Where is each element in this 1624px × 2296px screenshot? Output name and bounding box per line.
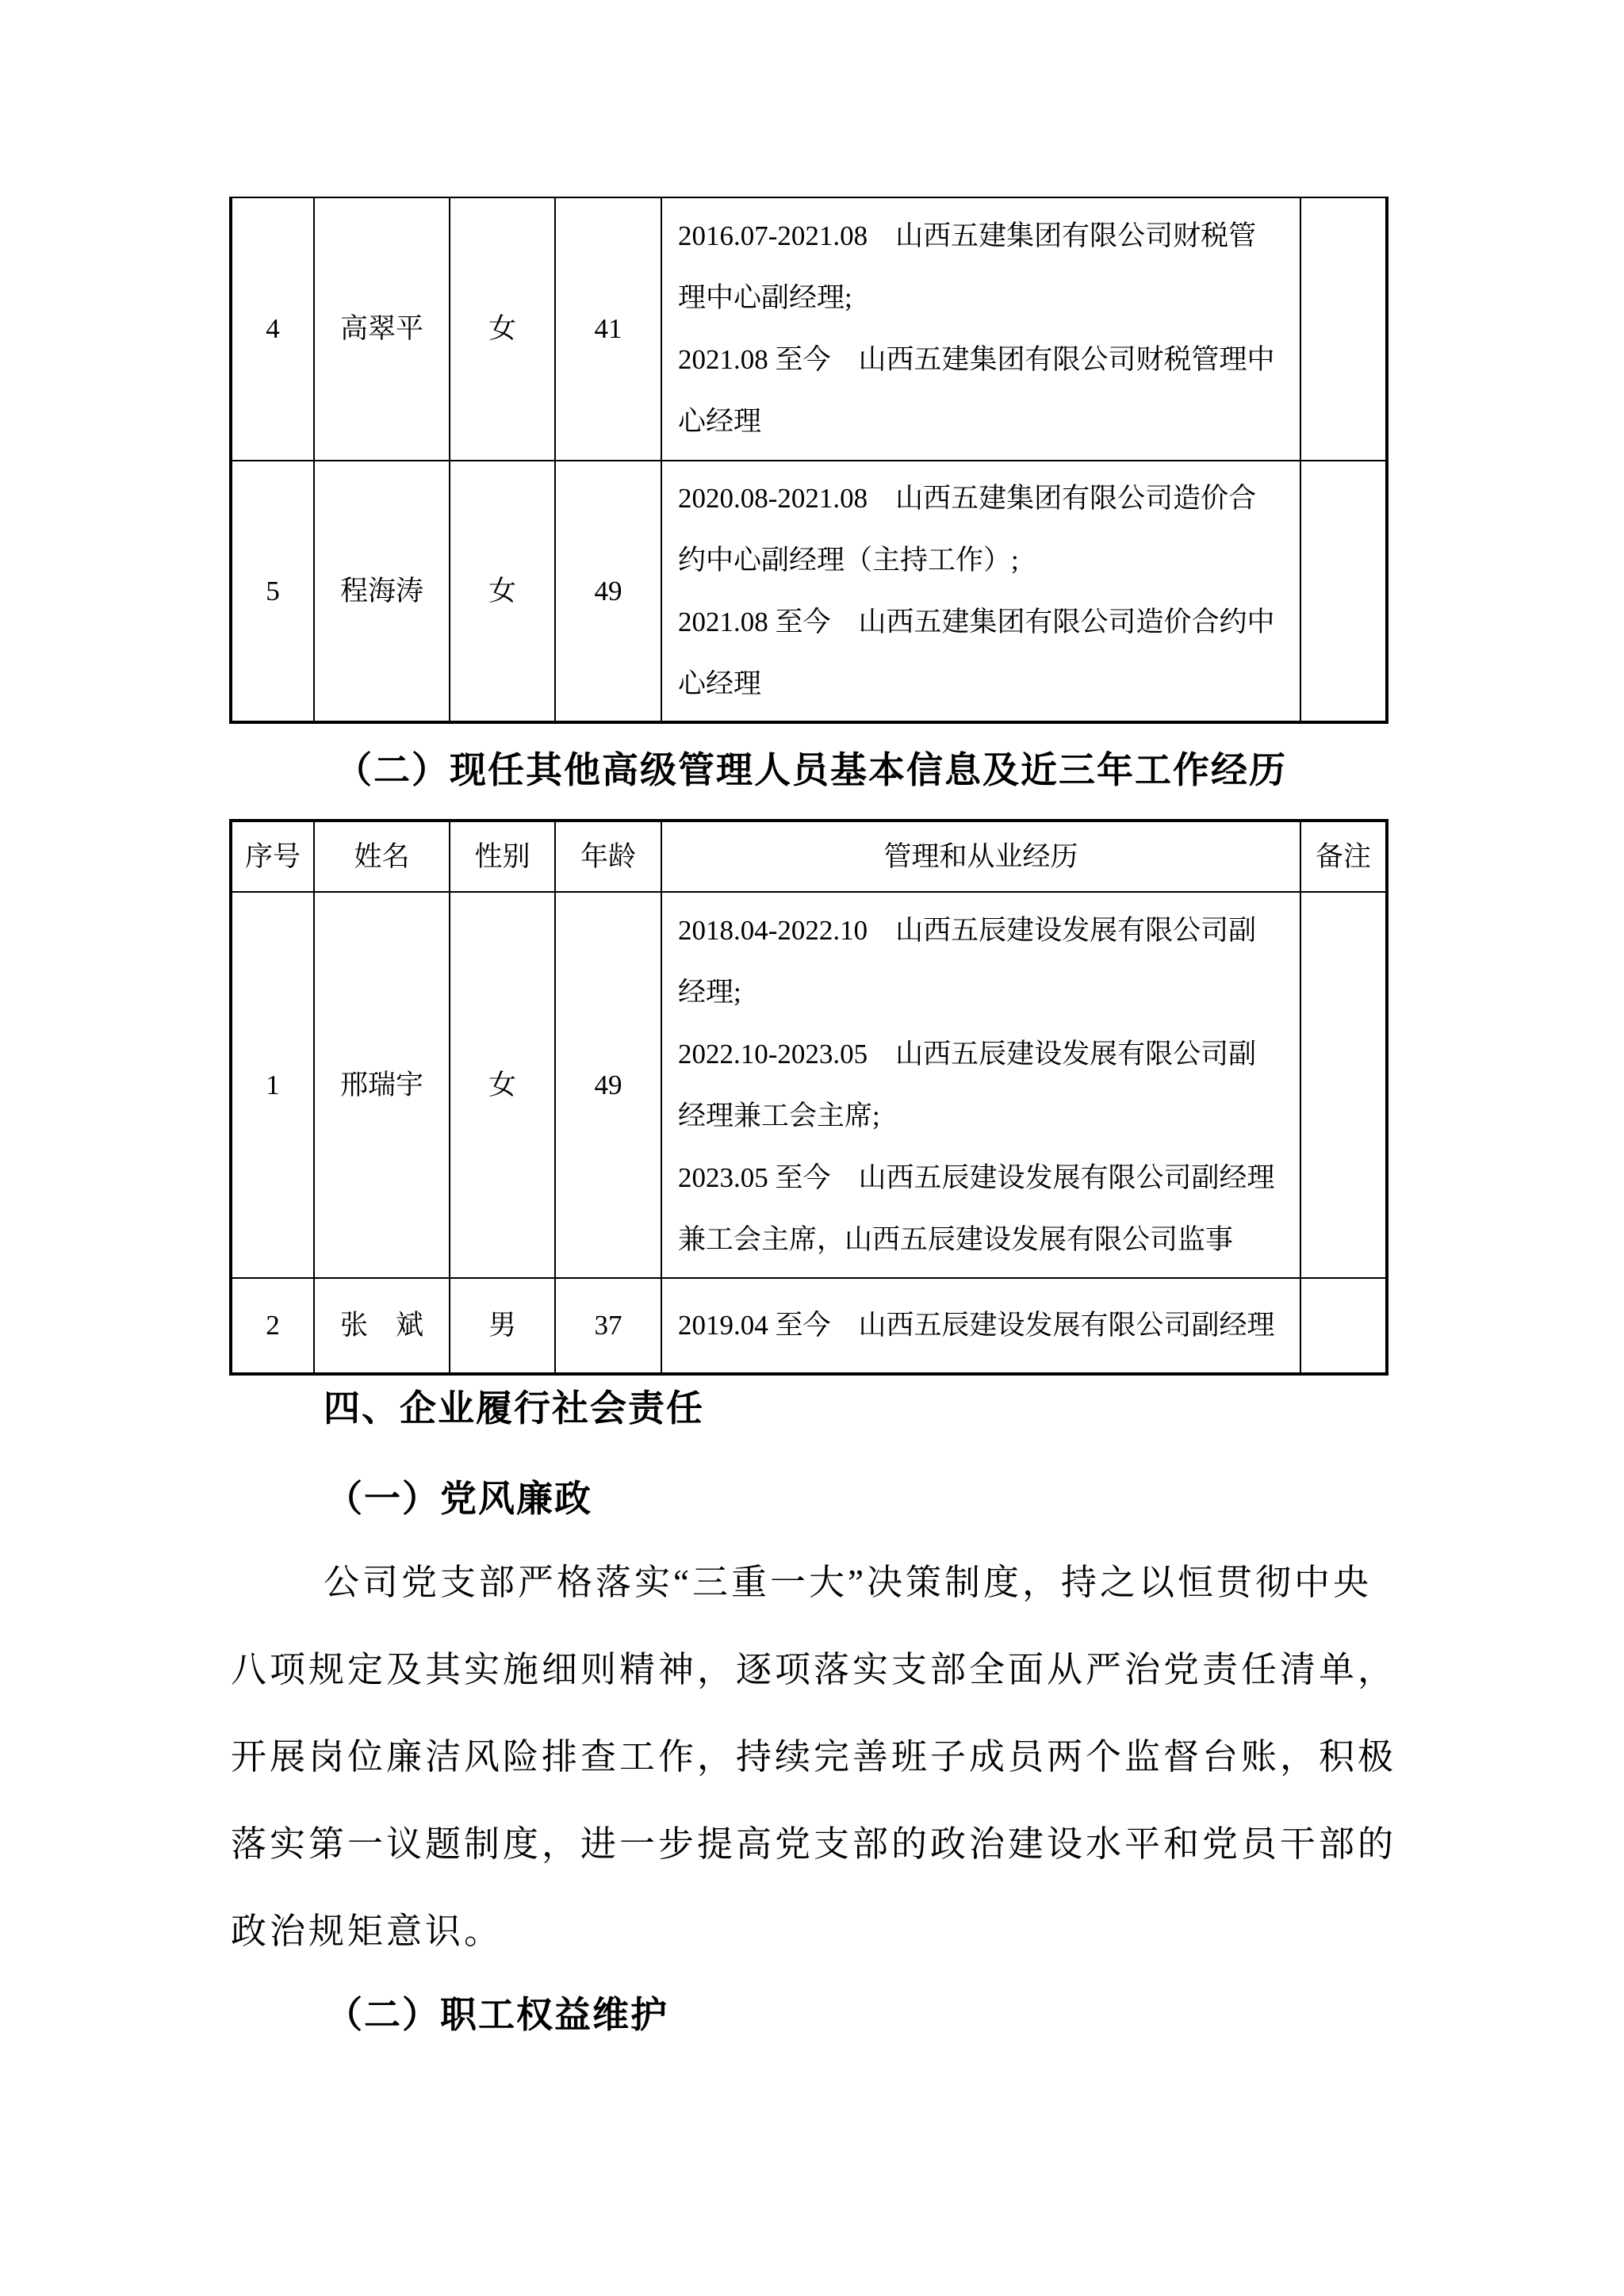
cell-remark [1300,892,1387,1278]
section-heading-social-responsibility: 四、企业履行社会责任 [231,1383,1592,1433]
paragraph-line: 政治规矩意识。 [231,1888,1468,1975]
experience-line: 2019.04 至今 山西五辰建设发展有限公司副经理 [678,1295,1284,1357]
paragraph-line: 八项规定及其实施细则精神，逐项落实支部全面从严治党责任清单， [231,1626,1468,1713]
cell-name: 高翠平 [314,197,450,461]
cell-remark [1300,197,1387,461]
header-gender: 性别 [450,821,555,892]
table-header-row: 序号 姓名 性别 年龄 管理和从业经历 备注 [231,821,1387,892]
experience-line: 经理; [678,962,1284,1024]
table-row: 2 张 斌 男 37 2019.04 至今 山西五辰建设发展有限公司副经理 [231,1278,1387,1374]
subsection-heading-party-conduct: （一）党风廉政 [231,1474,1595,1523]
cell-gender: 女 [450,197,555,461]
experience-line: 心经理 [678,391,1284,453]
cell-age: 37 [555,1278,661,1374]
cell-serial: 1 [231,892,314,1278]
section-heading-senior-managers: （二）现任其他高级管理人员基本信息及近三年工作经历 [231,745,1604,794]
cell-gender: 男 [450,1278,555,1374]
table-senior-managers: 序号 姓名 性别 年龄 管理和从业经历 备注 1 邢瑞宇 女 49 2018.0… [229,819,1388,1376]
paragraph-line: 公司党支部严格落实“三重一大”决策制度，持之以恒贯彻中央 [231,1539,1468,1626]
cell-experience: 2016.07-2021.08 山西五建集团有限公司财税管 理中心副经理; 20… [661,197,1300,461]
header-remark: 备注 [1300,821,1387,892]
experience-line: 2020.08-2021.08 山西五建集团有限公司造价合 [678,468,1284,530]
cell-name: 张 斌 [314,1278,450,1374]
experience-line: 2023.05 至今 山西五辰建设发展有限公司副经理 [678,1147,1284,1209]
cell-name: 程海涛 [314,461,450,722]
header-serial: 序号 [231,821,314,892]
header-experience: 管理和从业经历 [661,821,1300,892]
cell-age: 49 [555,461,661,722]
subsection-heading-employee-rights: （二）职工权益维护 [231,1990,1595,2039]
cell-remark [1300,461,1387,722]
header-age: 年龄 [555,821,661,892]
cell-serial: 2 [231,1278,314,1374]
document-page: 4 高翠平 女 41 2016.07-2021.08 山西五建集团有限公司财税管… [0,0,1624,2296]
table-executives-continued: 4 高翠平 女 41 2016.07-2021.08 山西五建集团有限公司财税管… [229,197,1388,724]
paragraph-line: 开展岗位廉洁风险排查工作，持续完善班子成员两个监督台账，积极 [231,1713,1468,1800]
paragraph-line: 落实第一议题制度，进一步提高党支部的政治建设水平和党员干部的 [231,1800,1468,1888]
cell-experience: 2020.08-2021.08 山西五建集团有限公司造价合 约中心副经理（主持工… [661,461,1300,722]
cell-experience: 2018.04-2022.10 山西五辰建设发展有限公司副 经理; 2022.1… [661,892,1300,1278]
cell-serial: 5 [231,461,314,722]
cell-age: 41 [555,197,661,461]
party-conduct-paragraph: 公司党支部严格落实“三重一大”决策制度，持之以恒贯彻中央 八项规定及其实施细则精… [231,1539,1468,1975]
cell-name: 邢瑞宇 [314,892,450,1278]
cell-remark [1300,1278,1387,1374]
header-name: 姓名 [314,821,450,892]
experience-line: 2018.04-2022.10 山西五辰建设发展有限公司副 [678,900,1284,962]
cell-gender: 女 [450,892,555,1278]
cell-serial: 4 [231,197,314,461]
experience-line: 2021.08 至今 山西五建集团有限公司财税管理中 [678,329,1284,391]
table-row: 5 程海涛 女 49 2020.08-2021.08 山西五建集团有限公司造价合… [231,461,1387,722]
cell-gender: 女 [450,461,555,722]
experience-line: 经理兼工会主席; [678,1085,1284,1147]
experience-line: 2021.08 至今 山西五建集团有限公司造价合约中 [678,591,1284,653]
table-row: 4 高翠平 女 41 2016.07-2021.08 山西五建集团有限公司财税管… [231,197,1387,461]
cell-age: 49 [555,892,661,1278]
experience-line: 兼工会主席，山西五辰建设发展有限公司监事 [678,1209,1284,1271]
table-row: 1 邢瑞宇 女 49 2018.04-2022.10 山西五辰建设发展有限公司副… [231,892,1387,1278]
experience-line: 2022.10-2023.05 山西五辰建设发展有限公司副 [678,1024,1284,1085]
experience-line: 心经理 [678,653,1284,715]
experience-line: 约中心副经理（主持工作）; [678,530,1284,591]
cell-experience: 2019.04 至今 山西五辰建设发展有限公司副经理 [661,1278,1300,1374]
experience-line: 2016.07-2021.08 山西五建集团有限公司财税管 [678,205,1284,267]
experience-line: 理中心副经理; [678,267,1284,329]
